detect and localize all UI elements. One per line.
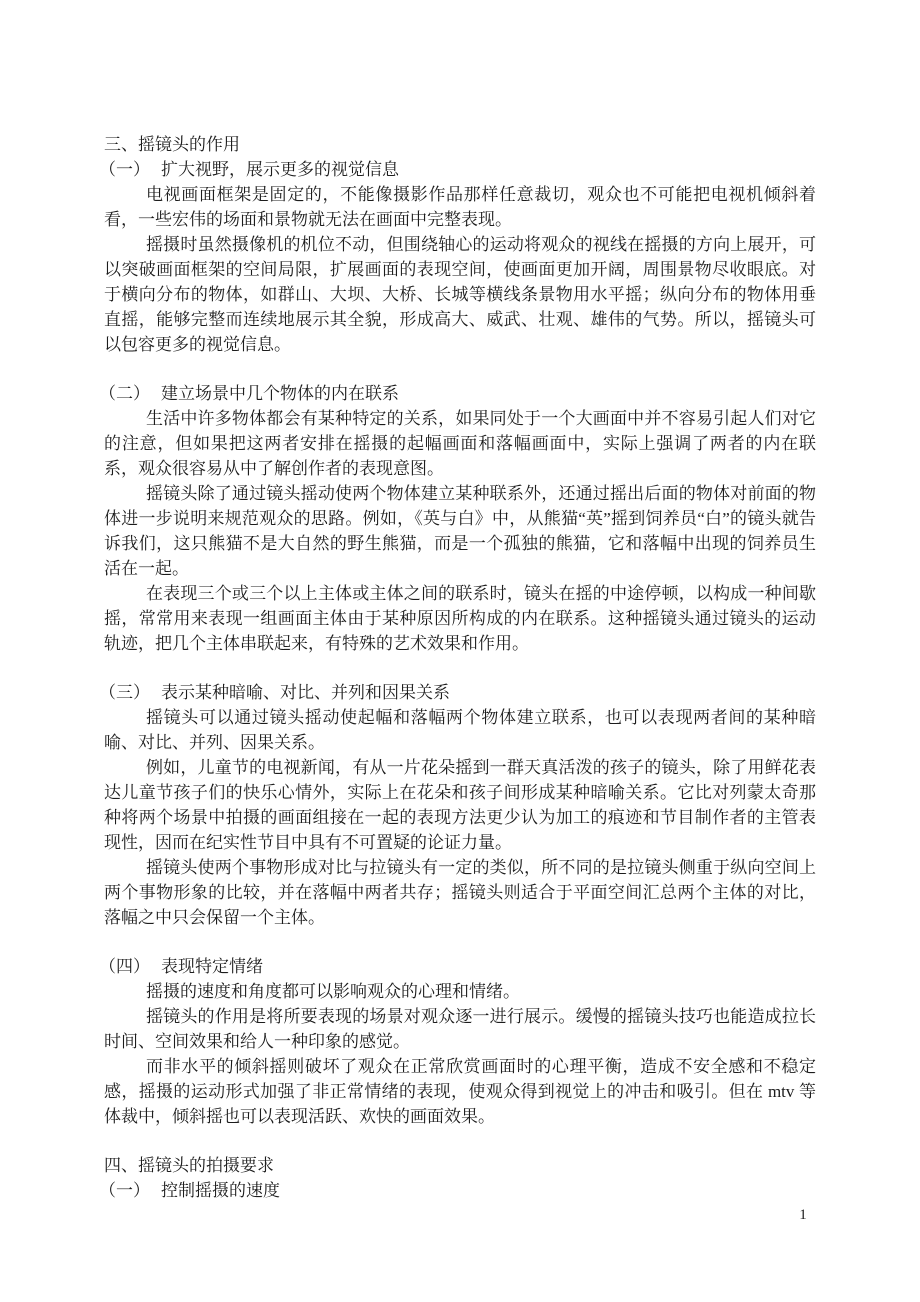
- section-3-sub-2-heading: （二）建立场景中几个物体的内在联系: [99, 381, 816, 406]
- heading-title: 控制摇摄的速度: [150, 1181, 280, 1200]
- paragraph: 例如，儿童节的电视新闻，有从一片花朵摇到一群天真活泼的孩子的镜头，除了用鲜花表达…: [104, 755, 816, 855]
- document-page: 三、摇镜头的作用 （一）扩大视野，展示更多的视觉信息 电视画面框架是固定的，不能…: [0, 0, 920, 1302]
- heading-number: （一）: [99, 1181, 150, 1200]
- paragraph: 摇镜头除了通过镜头摇动使两个物体建立某种联系外，还通过摇出后面的物体对前面的物体…: [104, 481, 816, 581]
- heading-title: 表示某种暗喻、对比、并列和因果关系: [150, 683, 450, 702]
- section-3-title: 三、摇镜头的作用: [104, 132, 816, 157]
- section-3-sub-3-heading: （三）表示某种暗喻、对比、并列和因果关系: [99, 680, 816, 705]
- heading-number: （三）: [99, 683, 150, 702]
- heading-number: （二）: [99, 384, 150, 403]
- section-4-title: 四、摇镜头的拍摄要求: [104, 1153, 816, 1178]
- paragraph: 摇镜头可以通过镜头摇动使起幅和落幅两个物体建立联系，也可以表现两者间的某种暗喻、…: [104, 705, 816, 755]
- paragraph: 电视画面框架是固定的，不能像摄影作品那样任意裁切，观众也不可能把电视机倾斜着看，…: [104, 182, 816, 232]
- section-3-sub-1-heading: （一）扩大视野，展示更多的视觉信息: [99, 157, 816, 182]
- heading-title: 表现特定情绪: [150, 957, 263, 976]
- page-number: 1: [790, 1205, 816, 1225]
- paragraph: 在表现三个或三个以上主体或主体之间的联系时，镜头在摇的中途停顿，以构成一种间歇摇…: [104, 581, 816, 656]
- section-4-sub-1-heading: （一）控制摇摄的速度: [99, 1178, 816, 1203]
- heading-title: 扩大视野，展示更多的视觉信息: [150, 160, 399, 179]
- heading-number: （一）: [99, 160, 150, 179]
- paragraph: 摇摄时虽然摄像机的机位不动，但围绕轴心的运动将观众的视线在摇摄的方向上展开，可以…: [104, 232, 816, 357]
- paragraph: 摇镜头的作用是将所要表现的场景对观众逐一进行展示。缓慢的摇镜头技巧也能造成拉长时…: [104, 1004, 816, 1054]
- heading-number: （四）: [99, 957, 150, 976]
- paragraph: 摇镜头使两个事物形成对比与拉镜头有一定的类似，所不同的是拉镜头侧重于纵向空间上两…: [104, 855, 816, 930]
- paragraph: 生活中许多物体都会有某种特定的关系，如果同处于一个大画面中并不容易引起人们对它的…: [104, 406, 816, 481]
- paragraph: 而非水平的倾斜摇则破坏了观众在正常欣赏画面时的心理平衡，造成不安全感和不稳定感，…: [104, 1054, 816, 1129]
- heading-title: 建立场景中几个物体的内在联系: [150, 384, 399, 403]
- paragraph: 摇摄的速度和角度都可以影响观众的心理和情绪。: [104, 979, 816, 1004]
- section-3-sub-4-heading: （四）表现特定情绪: [99, 954, 816, 979]
